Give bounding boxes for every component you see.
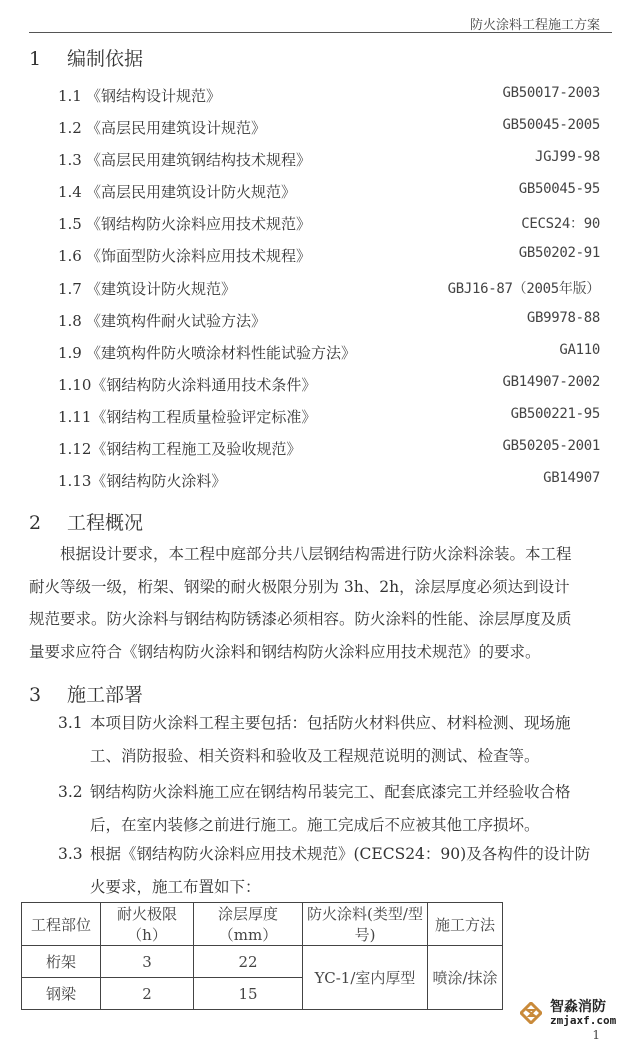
reference-name: 《饰面型防火涂料应用技术规程》 [86,247,311,265]
reference-code: GB14907-2002 [502,374,600,390]
paragraph-line: 根据设计要求，本工程中庭部分共八层钢结构需进行防火涂料涂装。本工程 [29,538,601,571]
page-number: 1 [592,1028,600,1042]
deployment-item-3-3: 3.3 根据《钢结构防火涂料应用技术规范》(CECS24：90)及各构件的设计防… [58,838,603,903]
table-header-cell: 工程部位 [22,903,101,946]
reference-name: 《钢结构防火涂料通用技术条件》 [91,376,316,394]
header-divider [29,32,612,33]
section-number: 3 [29,684,67,706]
reference-index: 1.3 [58,151,86,169]
section-3-heading: 3施工部署 [29,680,143,707]
paragraph-line: 量要求应符合《钢结构防火涂料和钢结构防火涂料应用技术规范》的要求。 [29,636,601,669]
table-cell-fire-limit: 3 [101,946,194,978]
reference-row: 1.7《建筑设计防火规范》GBJ16-87（2005年版） [58,278,600,302]
item-line: 后，在室内装修之前进行施工。施工完成后不应被其他工序损坏。 [58,809,603,842]
reference-name: 《高层民用建筑设计规范》 [86,119,266,137]
deployment-item-3-1: 3.1 本项目防火涂料工程主要包括：包括防火材料供应、材料检测、现场施 工、消防… [58,707,603,772]
reference-row: 1.11《钢结构工程质量检验评定标准》GB500221-95 [58,406,600,430]
reference-code: GB50205-2001 [502,438,600,454]
item-line: 火要求，施工布置如下： [58,871,603,904]
reference-name: 《钢结构防火涂料应用技术规范》 [86,215,311,233]
reference-name: 《高层民用建筑设计防火规范》 [86,183,296,201]
reference-name: 《高层民用建筑钢结构技术规程》 [86,151,311,169]
section-title: 施工部署 [67,684,143,706]
item-line: 钢结构防火涂料施工应在钢结构吊装完工、配套底漆完工并经验收合格 [58,776,603,809]
item-index: 3.1 [58,707,83,740]
reference-index: 1.6 [58,247,86,265]
reference-name: 《钢结构防火涂料》 [91,472,226,490]
table-cell-part: 桁架 [22,946,101,978]
reference-index: 1.9 [58,344,86,362]
reference-code: CECS24：90 [521,213,600,233]
document-header-title: 防火涂料工程施工方案 [470,14,600,33]
table-header-cell: 耐火极限（h） [101,903,194,946]
reference-name: 《建筑构件耐火试验方法》 [86,312,266,330]
reference-code: JGJ99-98 [535,149,600,165]
item-index: 3.3 [58,838,83,871]
section-title: 工程概况 [67,512,143,534]
reference-index: 1.4 [58,183,86,201]
reference-code: GBJ16-87（2005年版） [448,278,600,298]
reference-code: GB9978-88 [527,310,600,326]
section-title: 编制依据 [67,48,143,70]
watermark-name: 智淼消防 [550,996,606,1016]
reference-row: 1.12《钢结构工程施工及验收规范》GB50205-2001 [58,438,600,462]
reference-index: 1.13 [58,472,91,490]
reference-row: 1.9《建筑构件防火喷涂材料性能试验方法》GA110 [58,342,600,366]
construction-spec-table: 工程部位 耐火极限（h） 涂层厚度（mm） 防火涂料(类型/型号) 施工方法 桁… [21,902,503,1010]
reference-code: GB500221-95 [511,406,600,422]
reference-code: GB50017-2003 [502,85,600,101]
reference-row: 1.13《钢结构防火涂料》GB14907 [58,470,600,494]
section-1-heading: 1编制依据 [29,44,143,71]
table-header-cell: 涂层厚度（mm） [194,903,303,946]
reference-index: 1.7 [58,280,86,298]
table-row: 桁架 3 22 YC-1/室内厚型 喷涂/抹涂 [22,946,503,978]
reference-code: GB50045-95 [519,181,600,197]
table-cell-thickness: 22 [194,946,303,978]
reference-row: 1.6《饰面型防火涂料应用技术规程》GB50202-91 [58,245,600,269]
reference-name: 《钢结构工程质量检验评定标准》 [91,408,316,426]
reference-index: 1.1 [58,87,86,105]
reference-index: 1.12 [58,440,91,458]
reference-row: 1.1《钢结构设计规范》GB50017-2003 [58,85,600,109]
reference-name: 《钢结构工程施工及验收规范》 [91,440,301,458]
reference-row: 1.3《高层民用建筑钢结构技术规程》JGJ99-98 [58,149,600,173]
watermark: 智淼消防 zmjaxf.com [510,994,635,1034]
reference-row: 1.8《建筑构件耐火试验方法》GB9978-88 [58,310,600,334]
table-cell-part: 钢梁 [22,978,101,1010]
item-index: 3.2 [58,776,83,809]
section-2-heading: 2工程概况 [29,508,143,535]
item-line: 工、消防报验、相关资料和验收及工程规范说明的测试、检查等。 [58,740,603,773]
reference-name: 《钢结构设计规范》 [86,87,221,105]
table-cell-fire-limit: 2 [101,978,194,1010]
reference-code: GB50045-2005 [502,117,600,133]
table-header-row: 工程部位 耐火极限（h） 涂层厚度（mm） 防火涂料(类型/型号) 施工方法 [22,903,503,946]
watermark-url: zmjaxf.com [550,1014,616,1027]
reference-name: 《建筑设计防火规范》 [86,280,236,298]
item-line: 根据《钢结构防火涂料应用技术规范》(CECS24：90)及各构件的设计防 [58,838,603,871]
reference-name: 《建筑构件防火喷涂材料性能试验方法》 [86,344,356,362]
paragraph-line: 规范要求。防火涂料与钢结构防锈漆必须相容。防火涂料的性能、涂层厚度及质 [29,603,601,636]
section-number: 1 [29,48,67,70]
deployment-item-3-2: 3.2 钢结构防火涂料施工应在钢结构吊装完工、配套底漆完工并经验收合格 后，在室… [58,776,603,841]
reference-code: GA110 [559,342,600,358]
reference-row: 1.2《高层民用建筑设计规范》GB50045-2005 [58,117,600,141]
table-header-cell: 施工方法 [428,903,503,946]
paragraph-line: 耐火等级一级，桁架、钢梁的耐火极限分别为 3h、2h，涂层厚度必须达到设计 [29,571,601,604]
reference-index: 1.8 [58,312,86,330]
reference-code: GB50202-91 [519,245,600,261]
reference-index: 1.11 [58,408,91,426]
reference-row: 1.5《钢结构防火涂料应用技术规范》CECS24：90 [58,213,600,237]
table-cell-coating: YC-1/室内厚型 [303,946,428,1010]
section-number: 2 [29,512,67,534]
table-cell-thickness: 15 [194,978,303,1010]
reference-row: 1.10《钢结构防火涂料通用技术条件》GB14907-2002 [58,374,600,398]
project-overview-paragraph: 根据设计要求，本工程中庭部分共八层钢结构需进行防火涂料涂装。本工程 耐火等级一级… [29,538,601,668]
reference-index: 1.10 [58,376,91,394]
reference-row: 1.4《高层民用建筑设计防火规范》GB50045-95 [58,181,600,205]
reference-index: 1.5 [58,215,86,233]
table-cell-method: 喷涂/抹涂 [428,946,503,1010]
reference-index: 1.2 [58,119,86,137]
watermark-logo-icon [520,1002,542,1024]
table-header-cell: 防火涂料(类型/型号) [303,903,428,946]
item-line: 本项目防火涂料工程主要包括：包括防火材料供应、材料检测、现场施 [58,707,603,740]
reference-code: GB14907 [543,470,600,486]
